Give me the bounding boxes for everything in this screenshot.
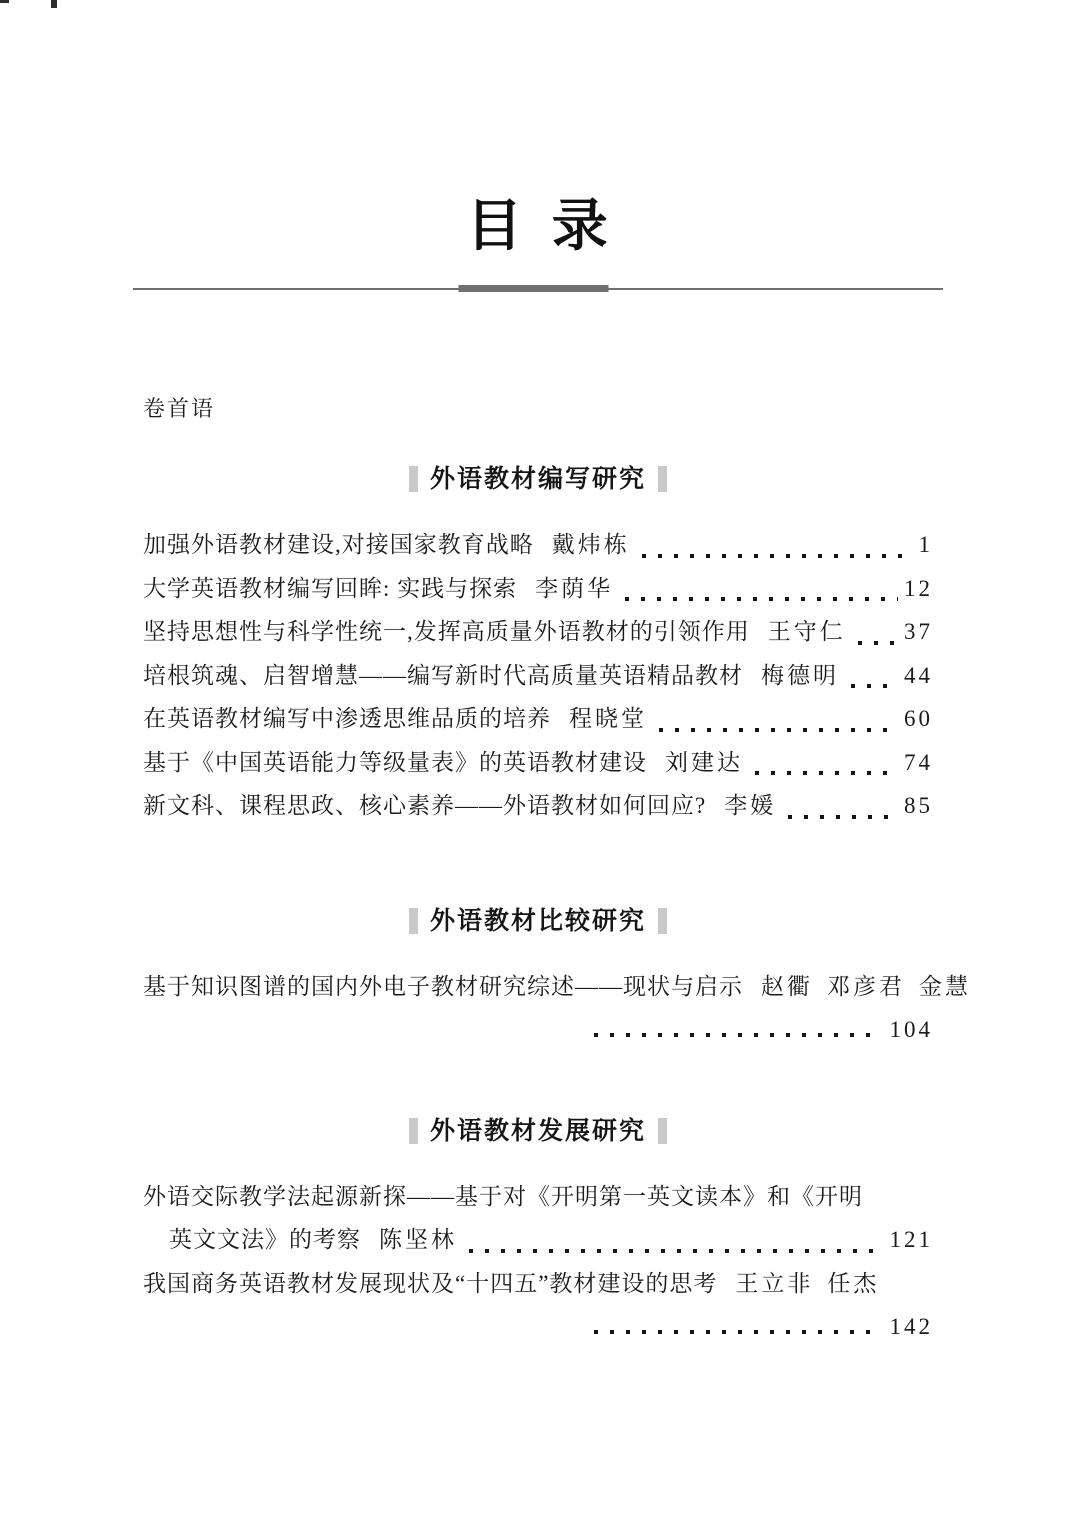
toc-section: 外语教材编写研究加强外语教材建设,对接国家教育战略戴炜栋1大学英语教材编写回眸:… [143, 464, 933, 830]
author-name: 王守仁 [768, 619, 846, 644]
entry-authors: 赵衢邓彦君金慧 [761, 974, 971, 999]
toc-section: 外语教材发展研究外语交际教学法起源新探——基于对《开明第一英文读本》和《开明英文… [143, 1116, 933, 1351]
author-name: 刘建达 [665, 750, 743, 775]
entry-text: 外语交际教学法起源新探——基于对《开明第一英文读本》和《开明 [143, 1177, 863, 1221]
scan-artifact [51, 0, 57, 8]
toc-entry: 在英语教材编写中渗透思维品质的培养程晓堂60 [143, 699, 933, 743]
entry-page-number: 85 [904, 786, 933, 827]
toc-entry: 加强外语教材建设,对接国家教育战略戴炜栋1 [143, 525, 933, 569]
section-heading-title: 外语教材发展研究 [430, 1116, 646, 1146]
toc-list: 加强外语教材建设,对接国家教育战略戴炜栋1大学英语教材编写回眸: 实践与探索李荫… [143, 525, 933, 830]
entry-authors: 戴炜栋 [552, 532, 630, 557]
entry-title: 培根筑魂、启智增慧——编写新时代高质量英语精品教材 [143, 663, 743, 688]
dot-leader [659, 728, 898, 732]
dot-leader [788, 815, 898, 819]
toc-list: 外语交际教学法起源新探——基于对《开明第一英文读本》和《开明英文文法》的考察陈坚… [143, 1177, 933, 1351]
entry-title: 英文文法》的考察 [169, 1227, 361, 1252]
dot-leader [755, 771, 898, 775]
author-name: 金慧 [919, 974, 971, 999]
toc-entry: 新文科、课程思政、核心素养——外语教材如何回应?李媛85 [143, 786, 933, 830]
entry-authors: 王立非任杰 [735, 1271, 879, 1296]
entry-authors: 王守仁 [768, 619, 846, 644]
dot-leader [469, 1249, 884, 1253]
heading-bar-left-icon [409, 908, 418, 934]
entry-title: 大学英语教材编写回眸: 实践与探索 [143, 576, 517, 601]
toc-entry: 我国商务英语教材发展现状及“十四五”教材建设的思考王立非任杰 [143, 1264, 933, 1308]
entry-page-number: 12 [904, 569, 933, 610]
section-heading: 外语教材发展研究 [143, 1116, 933, 1146]
author-name: 邓彦君 [827, 974, 905, 999]
heading-bar-left-icon [409, 1118, 418, 1144]
dot-leader [642, 554, 913, 558]
toc-entry: 大学英语教材编写回眸: 实践与探索李荫华12 [143, 569, 933, 613]
dot-leader [625, 597, 898, 601]
author-name: 李媛 [724, 793, 776, 818]
section-heading: 外语教材编写研究 [143, 464, 933, 494]
entry-authors: 刘建达 [665, 750, 743, 775]
page-title: 目 录 [143, 198, 933, 254]
dot-leader [594, 1033, 882, 1037]
entry-text: 基于《中国英语能力等级量表》的英语教材建设刘建达 [143, 743, 743, 787]
toc-list: 基于知识图谱的国内外电子教材研究综述——现状与启示赵衢邓彦君金慧104 [143, 967, 933, 1054]
entry-title: 基于《中国英语能力等级量表》的英语教材建设 [143, 750, 647, 775]
entry-title: 新文科、课程思政、核心素养——外语教材如何回应? [143, 793, 706, 818]
entry-page-number: 74 [904, 743, 933, 784]
entry-text: 大学英语教材编写回眸: 实践与探索李荫华 [143, 569, 613, 613]
author-name: 梅德明 [761, 663, 839, 688]
entry-authors: 陈坚林 [379, 1227, 457, 1252]
author-name: 陈坚林 [379, 1227, 457, 1252]
author-name: 戴炜栋 [552, 532, 630, 557]
toc-entry-continuation: 142 [143, 1307, 933, 1351]
entry-text: 我国商务英语教材发展现状及“十四五”教材建设的思考王立非任杰 [143, 1264, 879, 1308]
entry-title: 加强外语教材建设,对接国家教育战略 [143, 532, 534, 557]
entry-authors: 梅德明 [761, 663, 839, 688]
toc-section: 外语教材比较研究基于知识图谱的国内外电子教材研究综述——现状与启示赵衢邓彦君金慧… [143, 906, 933, 1054]
entry-title: 外语交际教学法起源新探——基于对《开明第一英文读本》和《开明 [143, 1184, 863, 1209]
entry-page-number: 37 [904, 612, 933, 653]
author-name: 程晓堂 [569, 706, 647, 731]
divider-thick-segment [459, 285, 609, 292]
section-heading-title: 外语教材比较研究 [430, 906, 646, 936]
toc-sections: 外语教材编写研究加强外语教材建设,对接国家教育战略戴炜栋1大学英语教材编写回眸:… [143, 464, 933, 1351]
author-name: 王立非 [735, 1271, 813, 1296]
scan-artifact [0, 0, 9, 3]
entry-text: 基于知识图谱的国内外电子教材研究综述——现状与启示赵衢邓彦君金慧 [143, 967, 971, 1011]
entry-page-number: 44 [904, 656, 933, 697]
heading-bar-left-icon [409, 466, 418, 492]
entry-page-number: 104 [890, 1017, 934, 1042]
entry-page-number: 121 [890, 1220, 934, 1261]
entry-authors: 李媛 [724, 793, 776, 818]
author-name: 李荫华 [535, 576, 613, 601]
entry-title: 在英语教材编写中渗透思维品质的培养 [143, 706, 551, 731]
entry-page-number: 142 [890, 1314, 934, 1339]
entry-title: 坚持思想性与科学性统一,发挥高质量外语教材的引领作用 [143, 619, 750, 644]
dot-leader [851, 684, 898, 688]
foreword-label: 卷首语 [143, 394, 933, 424]
dot-leader [858, 641, 898, 645]
heading-bar-right-icon [658, 466, 667, 492]
entry-text: 加强外语教材建设,对接国家教育战略戴炜栋 [143, 525, 630, 569]
author-name: 任杰 [827, 1271, 879, 1296]
author-name: 赵衢 [761, 974, 813, 999]
toc-entry-continuation: 104 [143, 1010, 933, 1054]
entry-text: 新文科、课程思政、核心素养——外语教材如何回应?李媛 [143, 786, 776, 830]
toc-entry-continuation: 英文文法》的考察陈坚林121 [143, 1220, 933, 1264]
heading-bar-right-icon [658, 1118, 667, 1144]
entry-page-number: 60 [904, 699, 933, 740]
entry-title: 我国商务英语教材发展现状及“十四五”教材建设的思考 [143, 1271, 717, 1296]
toc-entry: 外语交际教学法起源新探——基于对《开明第一英文读本》和《开明 [143, 1177, 933, 1221]
toc-entry: 培根筑魂、启智增慧——编写新时代高质量英语精品教材梅德明44 [143, 656, 933, 700]
section-heading: 外语教材比较研究 [143, 906, 933, 936]
dot-leader [594, 1330, 882, 1334]
entry-page-number: 1 [919, 525, 934, 566]
entry-authors: 程晓堂 [569, 706, 647, 731]
entry-authors: 李荫华 [535, 576, 613, 601]
entry-text: 坚持思想性与科学性统一,发挥高质量外语教材的引领作用王守仁 [143, 612, 846, 656]
entry-text: 在英语教材编写中渗透思维品质的培养程晓堂 [143, 699, 647, 743]
toc-page: 目 录 卷首语 外语教材编写研究加强外语教材建设,对接国家教育战略戴炜栋1大学英… [0, 0, 1080, 1351]
section-heading-title: 外语教材编写研究 [430, 464, 646, 494]
entry-text: 英文文法》的考察陈坚林 [169, 1220, 457, 1264]
entry-text: 培根筑魂、启智增慧——编写新时代高质量英语精品教材梅德明 [143, 656, 839, 700]
heading-bar-right-icon [658, 908, 667, 934]
toc-entry: 基于知识图谱的国内外电子教材研究综述——现状与启示赵衢邓彦君金慧 [143, 967, 933, 1011]
entry-title: 基于知识图谱的国内外电子教材研究综述——现状与启示 [143, 974, 743, 999]
toc-entry: 基于《中国英语能力等级量表》的英语教材建设刘建达74 [143, 743, 933, 787]
title-divider [133, 285, 943, 292]
toc-entry: 坚持思想性与科学性统一,发挥高质量外语教材的引领作用王守仁37 [143, 612, 933, 656]
